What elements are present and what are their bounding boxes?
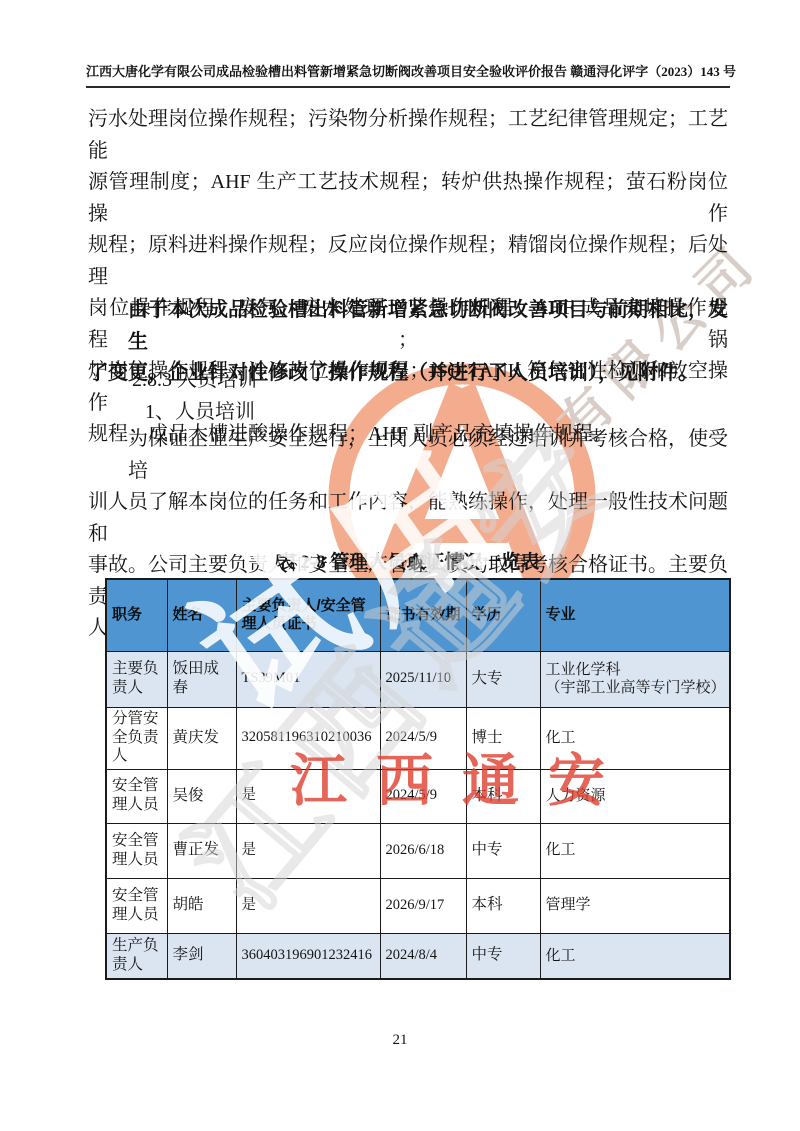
- table-cell: 安全管理人员: [106, 769, 167, 823]
- text-line: 源管理制度；AHF 生产工艺技术规程；转炉供热操作规程；萤石粉岗位操作: [88, 167, 728, 230]
- table-cell: 胡皓: [167, 878, 236, 933]
- column-header: 专业: [540, 579, 730, 651]
- table-cell: 分管安全负责人: [106, 707, 167, 769]
- table-body: 主要负责人饭田成春TS39M012025/11/10大专工业化学科 （宇部工业高…: [106, 651, 730, 979]
- table-cell: 李剑: [167, 933, 236, 979]
- table-cell: 曹正发: [167, 823, 236, 878]
- table-cell: 吴俊: [167, 769, 236, 823]
- table-cell: 2025/11/10: [380, 651, 466, 707]
- table-cell: 2024/5/9: [380, 769, 466, 823]
- table-cell: 大专: [466, 651, 540, 707]
- table-cell: 安全管理人员: [106, 878, 167, 933]
- document-page: 有限公司 江西大唐化学有限公司成品检验槽出料管新增紧急切断阀改善项目安全验收评价…: [0, 0, 800, 1131]
- table-cell: 化工: [540, 933, 730, 979]
- text-line: 污水处理岗位操作规程；污染物分析操作规程；工艺纪律管理规定；工艺能: [88, 104, 728, 167]
- table-cell: 360403196901232416: [236, 933, 380, 979]
- table-cell: 化工: [540, 823, 730, 878]
- table-cell: 中专: [466, 823, 540, 878]
- table-cell: 博士: [466, 707, 540, 769]
- column-header: 职务: [106, 579, 167, 651]
- section-heading-283: 2.8.3 人员培训: [88, 363, 728, 392]
- table-row: 安全管理人员曹正发是2026/6/18中专化工: [106, 823, 730, 878]
- table-cell: 化工: [540, 707, 730, 769]
- table-cell: 是: [236, 878, 380, 933]
- table-row: 安全管理人员胡皓是2026/9/17本科管理学: [106, 878, 730, 933]
- table-cell: 320581196310210036: [236, 707, 380, 769]
- text-line: 规程；原料进料操作规程；反应岗位操作规程；精馏岗位操作规程；后处理: [88, 230, 728, 293]
- table-row: 主要负责人饭田成春TS39M012025/11/10大专工业化学科 （宇部工业高…: [106, 651, 730, 707]
- table-cell: 2026/6/18: [380, 823, 466, 878]
- document-content: 江西大唐化学有限公司成品检验槽出料管新增紧急切断阀改善项目安全验收评价报告 赣通…: [0, 0, 800, 1131]
- table-cell: 2024/5/9: [380, 707, 466, 769]
- page-number: 21: [0, 1032, 800, 1049]
- table-cell: 2026/9/17: [380, 878, 466, 933]
- column-header: 证书有效期: [380, 579, 466, 651]
- page-header-title: 江西大唐化学有限公司成品检验槽出料管新增紧急切断阀改善项目安全验收评价报告 赣通…: [86, 61, 730, 88]
- table-cell: 是: [236, 769, 380, 823]
- table-row: 安全管理人员吴俊是2024/5/9本科人力资源: [106, 769, 730, 823]
- table-cell: 饭田成春: [167, 651, 236, 707]
- table-cell: 工业化学科 （宇部工业高等专门学校）: [540, 651, 730, 707]
- column-header: 主要负责人/安全管理人员证书: [236, 579, 380, 651]
- table-row: 分管安全负责人黄庆发3205811963102100362024/5/9博士化工: [106, 707, 730, 769]
- column-header: 学历: [466, 579, 540, 651]
- text-line: 训人员了解本岗位的任务和工作内容，能熟练操作，处理一般性技术问题和: [88, 487, 728, 550]
- table-cell: 中专: [466, 933, 540, 979]
- table-header-row: 职务姓名主要负责人/安全管理人员证书证书有效期学历专业: [106, 579, 730, 651]
- table-cell: 黄庆发: [167, 707, 236, 769]
- table-cell: 人力资源: [540, 769, 730, 823]
- table-title: 表 2-8 管理人员取证情况一览表: [88, 547, 728, 574]
- sub-heading-training: 1、人员培训: [88, 395, 728, 424]
- table-cell: 2024/8/4: [380, 933, 466, 979]
- table-cell: 是: [236, 823, 380, 878]
- table-cell: 本科: [466, 769, 540, 823]
- table-cell: 生产负责人: [106, 933, 167, 979]
- table-row: 生产负责人李剑3604031969012324162024/8/4中专化工: [106, 933, 730, 979]
- table-cell: 管理学: [540, 878, 730, 933]
- table-cell: 主要负责人: [106, 651, 167, 707]
- table-cell: TS39M01: [236, 651, 380, 707]
- text-line: 为保证企业生产安全运行，上岗人员必须经过培训并考核合格，使受培: [88, 424, 728, 487]
- column-header: 姓名: [167, 579, 236, 651]
- certification-table: 职务姓名主要负责人/安全管理人员证书证书有效期学历专业 主要负责人饭田成春TS3…: [105, 578, 731, 980]
- table-cell: 安全管理人员: [106, 823, 167, 878]
- text-line: 由于本次成品检验槽出料管新增紧急切断阀改善项目与前期相比，发生: [88, 295, 728, 358]
- table-cell: 本科: [466, 878, 540, 933]
